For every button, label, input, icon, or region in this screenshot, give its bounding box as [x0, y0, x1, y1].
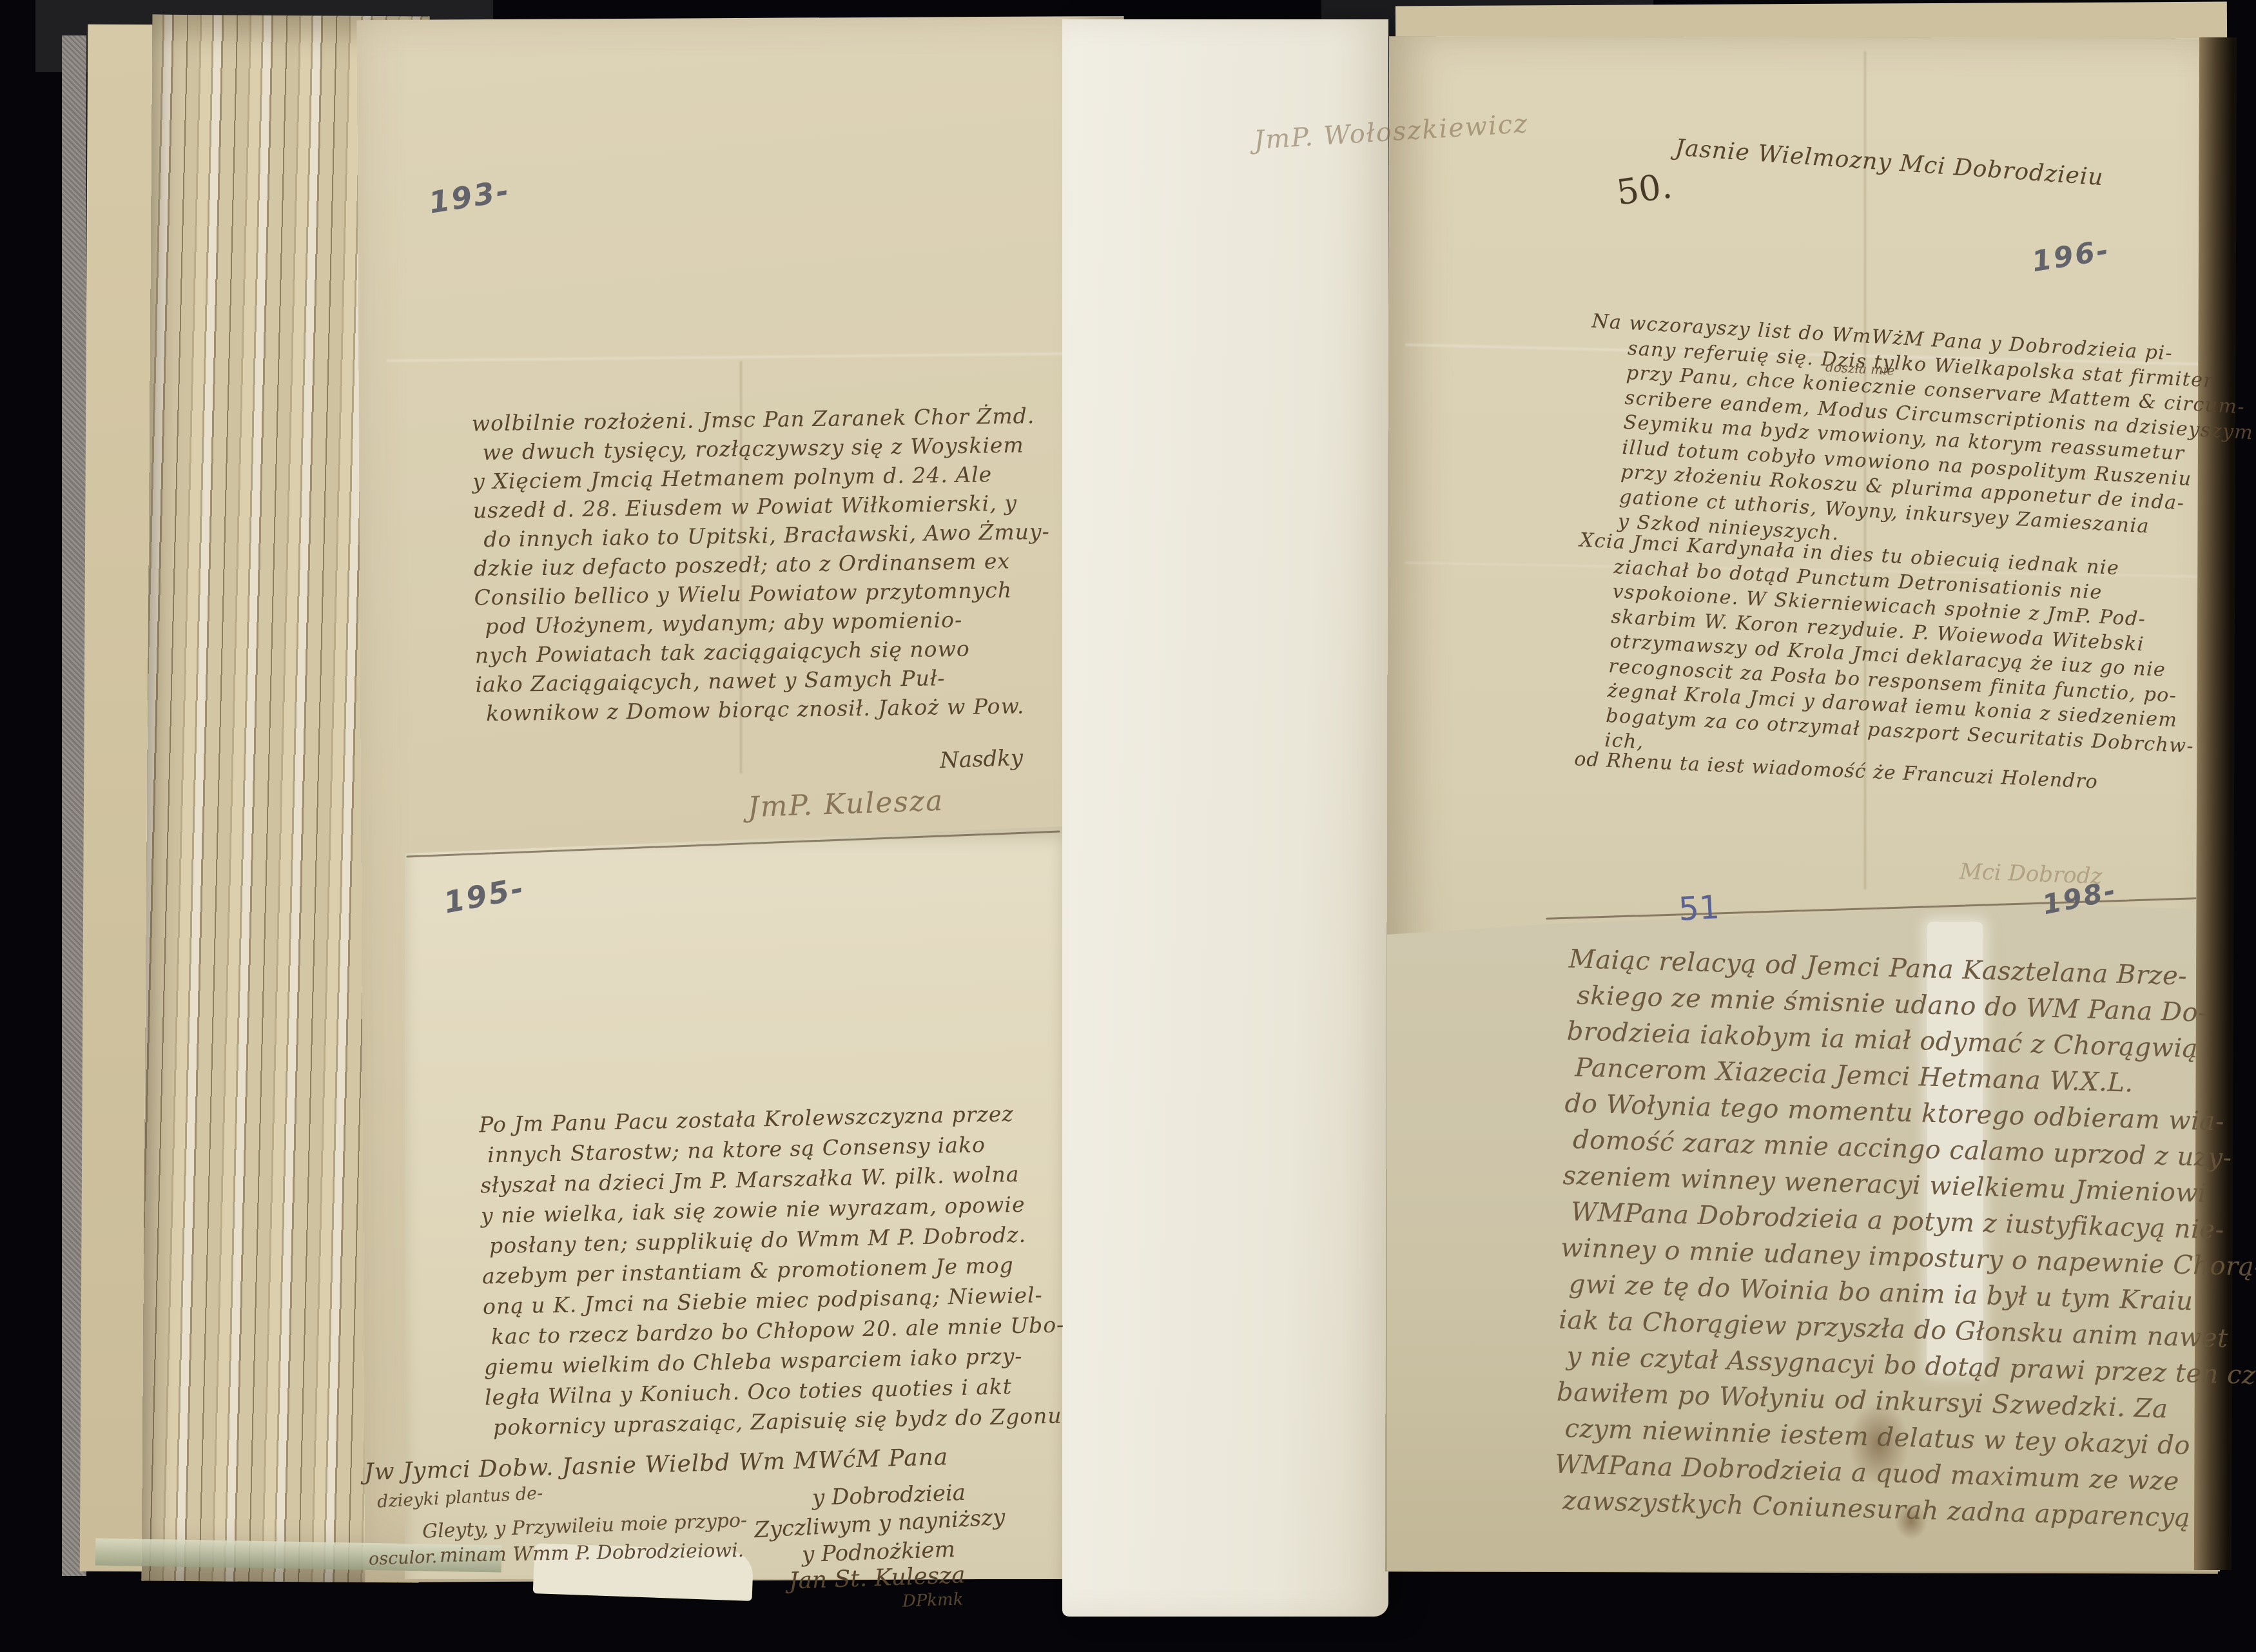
document-50-paragraph-2: Xcia Jmci Kardynała in dies tu obiecuią …	[1569, 529, 2237, 786]
letter-193-body: wolbilnie rozłożeni. Jmsc Pan Zaranek Ch…	[472, 401, 1069, 728]
letter-195-margin-note: osculor.	[368, 1547, 437, 1569]
document-50-number: 50.	[1614, 165, 1675, 213]
document-51-number: 51	[1678, 888, 1721, 928]
center-blank-page	[1062, 19, 1388, 1617]
letter-193-signoff: Nasdky	[939, 745, 1023, 773]
document-51-body: Maiąc relacyą od Jemci Pana Kasztelana B…	[1553, 941, 2256, 1538]
letter-195-signature-abbrev: DPkmk	[902, 1589, 964, 1611]
document-50-paragraph-1: Na wczorayszy list do WmWżM Pana y Dobro…	[1580, 309, 2249, 569]
letter-195-body: Po Jm Panu Pacu została Krolewszczyzna p…	[479, 1098, 1066, 1443]
letter-195-signature-name: Jan St. Kulesza	[788, 1562, 966, 1595]
letter-195-addressee-header: JmP. Kulesza	[747, 784, 944, 824]
letter-195-signature-line: y Dobrodzieia	[812, 1480, 966, 1511]
archive-photo: { "palette": { "backdrop": "#06060a", "p…	[0, 0, 2256, 1652]
